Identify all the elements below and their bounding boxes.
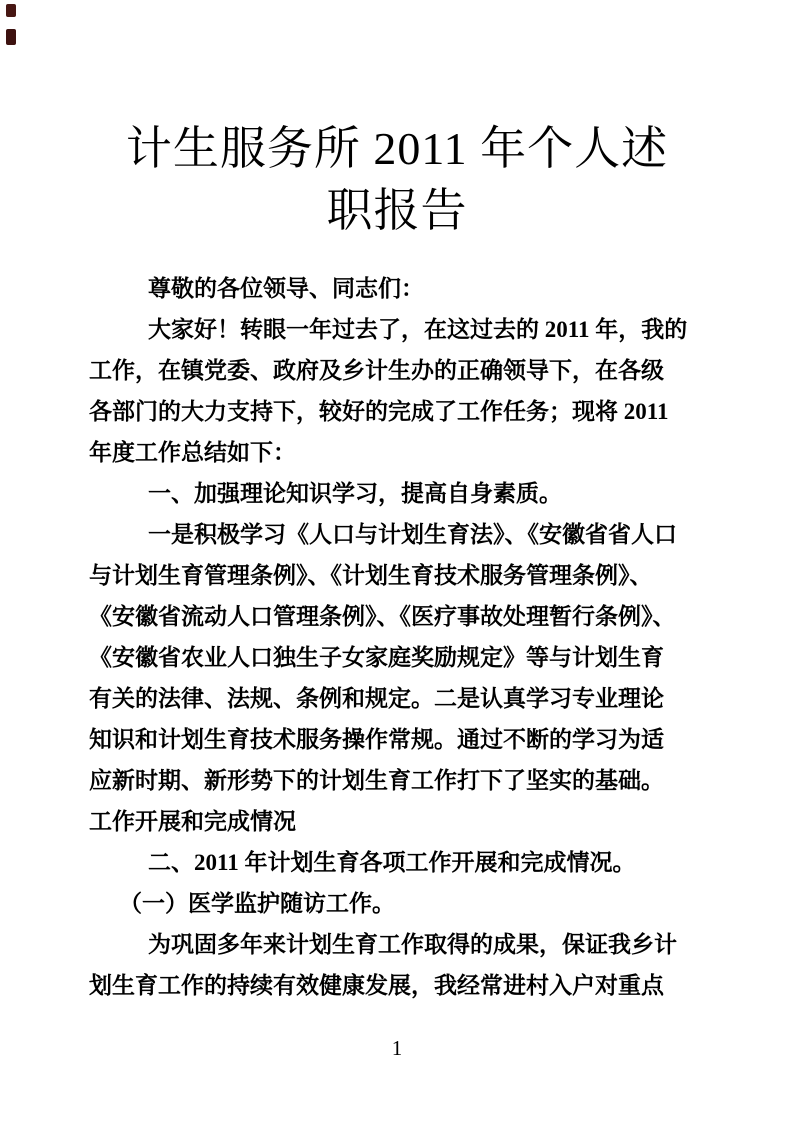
- text-line: 工作，在镇党委、政府及乡计生办的正确领导下，在各级: [89, 350, 705, 391]
- text-line: 有关的法律、法规、条例和规定。二是认真学习专业理论: [89, 678, 705, 719]
- document-body: 尊敬的各位领导、同志们： 大家好！转眼一年过去了，在这过去的 2011 年，我的…: [0, 268, 794, 1006]
- text-line: 各部门的大力支持下，较好的完成了工作任务；现将 2011: [89, 391, 705, 432]
- text-line: 年度工作总结如下：: [89, 432, 705, 473]
- text-line: 为巩固多年来计划生育工作取得的成果，保证我乡计: [89, 924, 705, 965]
- text-line: （一）医学监护随访工作。: [89, 883, 705, 924]
- scan-artifact-mark-top: [6, 4, 16, 17]
- text-line: 二、2011 年计划生育各项工作开展和完成情况。: [89, 842, 705, 883]
- text-line: 工作开展和完成情况: [89, 801, 705, 842]
- document-title-line-1: 计生服务所 2011 年个人述: [60, 118, 734, 180]
- text-line: 一是积极学习《人口与计划生育法》、《安徽省省人口: [89, 514, 705, 555]
- document-title: 计生服务所 2011 年个人述 职报告: [60, 118, 734, 242]
- text-line: 与计划生育管理条例》、《计划生育技术服务管理条例》、: [89, 555, 705, 596]
- document-title-line-2: 职报告: [60, 180, 734, 242]
- text-line: 应新时期、新形势下的计划生育工作打下了坚实的基础。: [89, 760, 705, 801]
- scan-artifact-mark-bottom: [6, 29, 16, 45]
- text-line: 尊敬的各位领导、同志们：: [89, 268, 705, 309]
- page-number: 1: [0, 1036, 794, 1061]
- text-line: 《安徽省流动人口管理条例》、《医疗事故处理暂行条例》、: [89, 596, 705, 637]
- document-page: 计生服务所 2011 年个人述 职报告 尊敬的各位领导、同志们： 大家好！转眼一…: [0, 0, 794, 1123]
- text-line: 一、加强理论知识学习，提高自身素质。: [89, 473, 705, 514]
- text-line: 大家好！转眼一年过去了，在这过去的 2011 年，我的: [89, 309, 705, 350]
- text-line: 知识和计划生育技术服务操作常规。通过不断的学习为适: [89, 719, 705, 760]
- text-line: 《安徽省农业人口独生子女家庭奖励规定》等与计划生育: [89, 637, 705, 678]
- text-line: 划生育工作的持续有效健康发展，我经常进村入户对重点: [89, 965, 705, 1006]
